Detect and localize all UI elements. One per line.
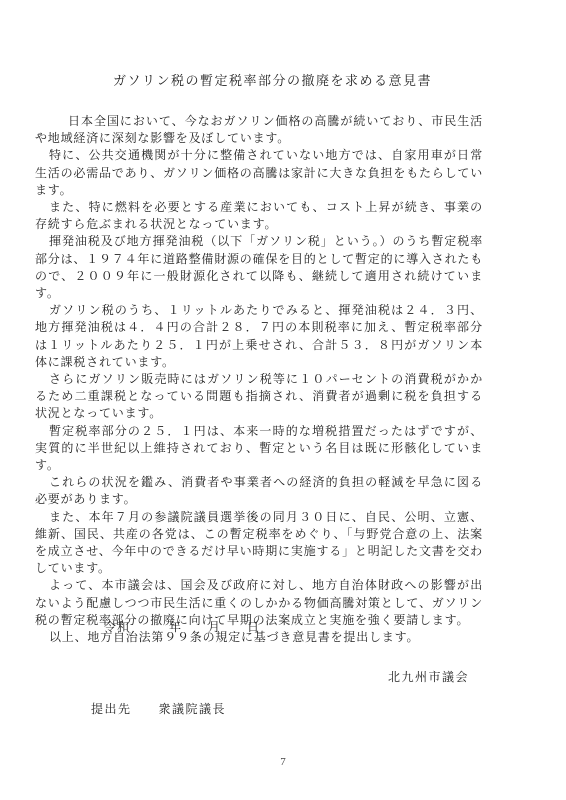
paragraph: これらの状況を鑑み、消費者や事業者への経済的負担の軽減を早急に図る必要があります… xyxy=(35,474,483,508)
document-title: ガソリン税の暫定税率部分の撤廃を求める意見書 xyxy=(113,70,432,89)
page-number: 7 xyxy=(0,756,566,768)
paragraph: 特に、公共交通機関が十分に整備されていない地方では、自家用車が日常生活の必需品で… xyxy=(35,147,483,199)
paragraph: また、本年７月の参議院議員選挙後の同月３０日に、自民、公明、立憲、維新、国民、共… xyxy=(35,509,483,578)
paragraph: ガソリン税のうち、１リットルあたりでみると、揮発油税は２４．３円、地方揮発油税は… xyxy=(35,302,483,371)
paragraph: 暫定税率部分の２５．１円は、本来一時的な増税措置だったはずですが、実質的に半世紀… xyxy=(35,423,483,475)
document-body: 日本全国において、今なおガソリン価格の高騰が続いており、市民生活や地域経済に深刻… xyxy=(35,113,483,646)
paragraph: また、特に燃料を必要とする産業においても、コスト上昇が続き、事業の存続すら危ぶま… xyxy=(35,199,483,233)
document-page: ガソリン税の暫定税率部分の撤廃を求める意見書 日本全国において、今なおガソリン価… xyxy=(0,0,566,800)
signature-council-name: 北九州市議会 xyxy=(388,668,469,685)
date-line: 令和 年 月 日 xyxy=(104,618,260,635)
recipient-line: 提出先 衆議院議長 xyxy=(91,700,226,717)
paragraph: 揮発油税及び地方揮発油税（以下「ガソリン税」という。）のうち暫定税率部分は、１９… xyxy=(35,233,483,302)
paragraph: 日本全国において、今なおガソリン価格の高騰が続いており、市民生活や地域経済に深刻… xyxy=(35,113,483,147)
paragraph: さらにガソリン販売時にはガソリン税等に１０パーセントの消費税がかかるため二重課税… xyxy=(35,371,483,423)
